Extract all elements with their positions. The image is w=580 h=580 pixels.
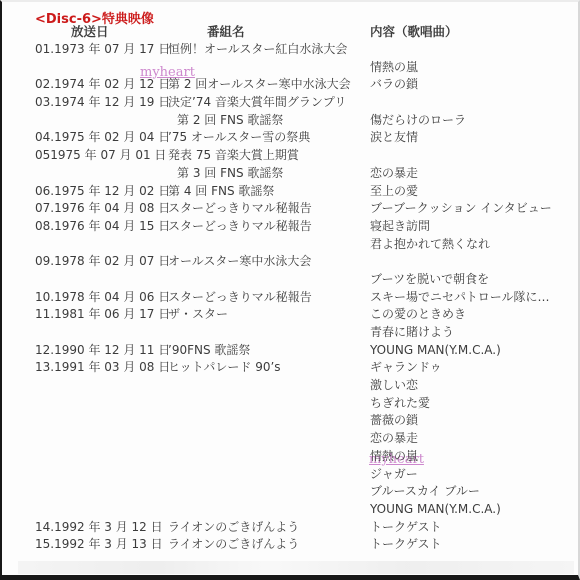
- song-content-cell: ブーブークッション インタビュー: [370, 200, 552, 218]
- song-content-cell: 薔薇の鎖: [370, 412, 418, 430]
- program-name-cell: オールスター寒中水泳大会: [168, 253, 311, 271]
- song-content-cell: 恋の暴走: [370, 165, 418, 183]
- table-row: 08.1976 年 04 月 15 日スターどっきりマル秘報告寝起き訪問: [2, 218, 578, 236]
- song-content-cell: 涙と友情: [370, 129, 418, 147]
- table-row: 14.1992 年 3 月 12 日ライオンのごきげんようトークゲスト: [2, 519, 578, 537]
- broadcast-date-cell: 07.1976 年 04 月 08 日: [35, 200, 170, 218]
- program-name-cell: 第 4 回 FNS 歌謡祭: [168, 183, 274, 201]
- broadcast-date-cell: 15.1992 年 3 月 13 日: [35, 536, 163, 554]
- table-row: 051975 年 07 月 01 日発表 75 音楽大賞上期賞: [2, 147, 578, 165]
- program-name-cell: スターどっきりマル秘報告: [168, 200, 312, 218]
- table-row: ブーツを脱いで朝食を: [2, 271, 578, 289]
- song-content-cell: 寝起き訪問: [370, 218, 430, 236]
- table-row: 第 3 回 FNS 歌謡祭恋の暴走: [2, 165, 578, 183]
- table-row: 09.1978 年 02 月 07 日オールスター寒中水泳大会: [2, 253, 578, 271]
- table-body: 01.1973 年 07 月 17 日恒例！オールスター紅白水泳大会情熱の嵐02…: [2, 41, 578, 554]
- song-content-cell: 至上の愛: [370, 183, 418, 201]
- table-row: 薔薇の鎖: [2, 412, 578, 430]
- column-header-song-content: 内容（歌唱曲）: [370, 22, 458, 40]
- broadcast-date-cell: 051975 年 07 月 01 日: [35, 147, 166, 165]
- program-name-cell: スターどっきりマル秘報告: [168, 289, 312, 307]
- broadcast-date-cell: 11.1981 年 06 月 17 日: [35, 306, 170, 324]
- program-name-cell: 第 3 回 FNS 歌謡祭: [177, 165, 283, 183]
- table-row: 01.1973 年 07 月 17 日恒例！オールスター紅白水泳大会: [2, 41, 578, 59]
- song-content-cell: YOUNG MAN(Y.M.C.A.): [370, 342, 501, 360]
- program-name-cell: 第 2 回オールスター寒中水泳大会: [168, 76, 351, 94]
- table-row: 青春に賭けよう: [2, 324, 578, 342]
- program-name-cell: ライオンのごきげんよう: [168, 519, 299, 537]
- song-content-cell: トークゲスト: [370, 536, 442, 554]
- program-name-cell: スターどっきりマル秘報告: [168, 218, 312, 236]
- song-content-cell: この愛のときめき: [370, 306, 466, 324]
- broadcast-date-cell: 10.1978 年 04 月 06 日: [35, 289, 170, 307]
- broadcast-date-cell: 01.1973 年 07 月 17 日: [35, 41, 170, 59]
- table-row: 激しい恋: [2, 377, 578, 395]
- program-name-cell: 発表 75 音楽大賞上期賞: [168, 147, 299, 165]
- broadcast-date-cell: 13.1991 年 03 月 08 日: [35, 359, 170, 377]
- song-content-cell: YOUNG MAN(Y.M.C.A.): [370, 501, 501, 519]
- table-row: 情熱の嵐: [2, 59, 578, 77]
- table-row: 15.1992 年 3 月 13 日ライオンのごきげんようトークゲスト: [2, 536, 578, 554]
- table-row: 02.1974 年 02 月 12 日第 2 回オールスター寒中水泳大会バラの鎖: [2, 76, 578, 94]
- program-name-cell: 第 2 回 FNS 歌謡祭: [177, 112, 283, 130]
- broadcast-date-cell: 08.1976 年 04 月 15 日: [35, 218, 170, 236]
- table-row: 君よ抱かれて熱くなれ: [2, 236, 578, 254]
- song-content-cell: 情熱の嵐: [370, 448, 418, 466]
- song-content-cell: バラの鎖: [370, 76, 418, 94]
- table-row: 恋の暴走: [2, 430, 578, 448]
- song-content-cell: 君よ抱かれて熱くなれ: [370, 236, 490, 254]
- table-row: YOUNG MAN(Y.M.C.A.): [2, 501, 578, 519]
- song-content-cell: 恋の暴走: [370, 430, 418, 448]
- song-content-cell: スキー場でニセパトロール隊に…: [370, 289, 550, 307]
- song-content-cell: ちぎれた愛: [370, 395, 430, 413]
- bottom-scan-artifact: [18, 561, 574, 574]
- song-content-cell: ギャランドゥ: [370, 359, 442, 377]
- program-name-cell: ’75 オールスター雪の祭典: [168, 129, 310, 147]
- song-content-cell: 激しい恋: [370, 377, 418, 395]
- broadcast-date-cell: 14.1992 年 3 月 12 日: [35, 519, 163, 537]
- table-row: 第 2 回 FNS 歌謡祭傷だらけのローラ: [2, 112, 578, 130]
- column-header-program-name: 番組名: [207, 22, 245, 40]
- table-row: 情熱の嵐: [2, 448, 578, 466]
- table-row: 03.1974 年 12 月 19 日決定’74 音楽大賞年間グランプリ: [2, 94, 578, 112]
- song-content-cell: トークゲスト: [370, 519, 442, 537]
- program-name-cell: ライオンのごきげんよう: [168, 536, 299, 554]
- song-content-cell: 傷だらけのローラ: [370, 112, 466, 130]
- broadcast-date-cell: 12.1990 年 12 月 11 日: [35, 342, 170, 360]
- table-row: ちぎれた愛: [2, 395, 578, 413]
- table-row: 07.1976 年 04 月 08 日スターどっきりマル秘報告ブーブークッション…: [2, 200, 578, 218]
- document-page: <Disc-6>特典映像 放送日 番組名 内容（歌唱曲） 01.1973 年 0…: [0, 0, 580, 580]
- table-row: 10.1978 年 04 月 06 日スターどっきりマル秘報告スキー場でニセパト…: [2, 289, 578, 307]
- table-row: ブルースカイ ブルー: [2, 483, 578, 501]
- program-name-cell: 決定’74 音楽大賞年間グランプリ: [168, 94, 346, 112]
- program-name-cell: ’90FNS 歌謡祭: [168, 342, 250, 360]
- program-name-cell: ヒットパレード 90’s: [168, 359, 281, 377]
- song-content-cell: ジャガー: [370, 466, 418, 484]
- song-content-cell: ブーツを脱いで朝食を: [370, 271, 489, 289]
- table-row: ジャガー: [2, 466, 578, 484]
- broadcast-date-cell: 04.1975 年 02 月 04 日: [35, 129, 170, 147]
- table-row: 13.1991 年 03 月 08 日ヒットパレード 90’sギャランドゥ: [2, 359, 578, 377]
- program-name-cell: 恒例！オールスター紅白水泳大会: [168, 41, 347, 59]
- broadcast-date-cell: 06.1975 年 12 月 02 日: [35, 183, 170, 201]
- table-row: 06.1975 年 12 月 02 日第 4 回 FNS 歌謡祭至上の愛: [2, 183, 578, 201]
- broadcast-date-cell: 02.1974 年 02 月 12 日: [35, 76, 170, 94]
- song-content-cell: 情熱の嵐: [370, 59, 418, 77]
- broadcast-date-cell: 03.1974 年 12 月 19 日: [35, 94, 170, 112]
- table-row: 11.1981 年 06 月 17 日ザ・スターこの愛のときめき: [2, 306, 578, 324]
- table-row: 04.1975 年 02 月 04 日’75 オールスター雪の祭典涙と友情: [2, 129, 578, 147]
- table-row: 12.1990 年 12 月 11 日’90FNS 歌謡祭YOUNG MAN(Y…: [2, 342, 578, 360]
- broadcast-date-cell: 09.1978 年 02 月 07 日: [35, 253, 170, 271]
- song-content-cell: 青春に賭けよう: [370, 324, 454, 342]
- program-name-cell: ザ・スター: [168, 306, 228, 324]
- column-header-broadcast-date: 放送日: [71, 22, 109, 40]
- song-content-cell: ブルースカイ ブルー: [370, 483, 480, 501]
